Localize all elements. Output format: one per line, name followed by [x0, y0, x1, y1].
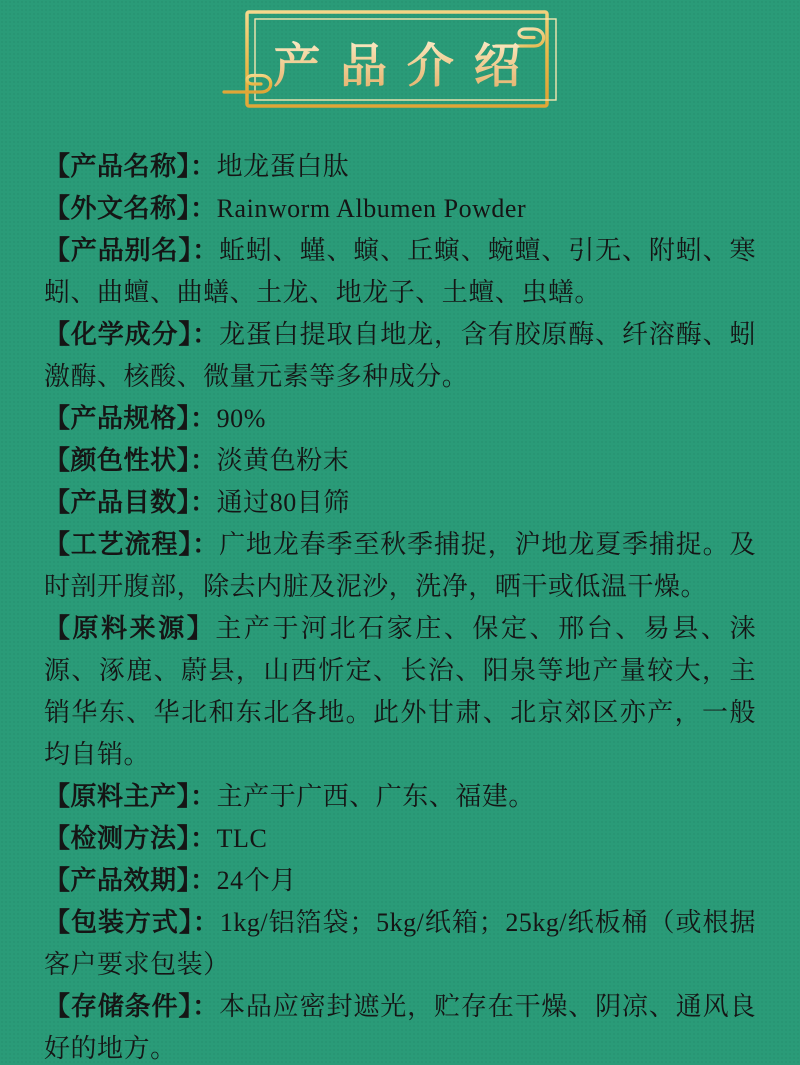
attr-separator: ：: [190, 782, 217, 811]
attr-row-color: 【颜色性状】：淡黄色粉末: [44, 440, 756, 482]
attr-separator: ：: [190, 194, 217, 223]
attr-row-packaging: 【包装方式】：1kg/铝箔袋；5kg/纸箱；25kg/纸板桶（或根据客户要求包装…: [44, 902, 756, 986]
attr-row-process: 【工艺流程】：广地龙春季至秋季捕捉，沪地龙夏季捕捉。及时剖开腹部，除去内脏及泥沙…: [44, 524, 756, 608]
attr-separator: ：: [190, 824, 217, 853]
attr-label: 【化学成分】: [44, 320, 192, 349]
attr-label: 【产品规格】: [44, 404, 190, 433]
attr-row-storage: 【存储条件】：本品应密封遮光，贮存在干燥、阴凉、通风良好的地方。: [44, 986, 756, 1065]
attr-separator: ：: [192, 992, 219, 1021]
attr-label: 【工艺流程】: [44, 530, 192, 559]
attr-label: 【产品别名】: [44, 236, 192, 265]
attr-label: 【外文名称】: [44, 194, 190, 223]
attr-row-mesh: 【产品目数】：通过80目筛: [44, 482, 756, 524]
attr-row-shelf-life: 【产品效期】：24个月: [44, 860, 756, 902]
attr-label: 【产品名称】: [44, 152, 190, 181]
attr-separator: ：: [190, 404, 217, 433]
attr-row-spec: 【产品规格】：90%: [44, 398, 756, 440]
attr-row-foreign-name: 【外文名称】：Rainworm Albumen Powder: [44, 188, 756, 230]
product-attribute-list: 【产品名称】：地龙蛋白肽 【外文名称】：Rainworm Albumen Pow…: [0, 112, 800, 1065]
attr-row-alias: 【产品别名】：蚯蚓、螼、螾、丘螾、蜿蟺、引无、附蚓、寒蚓、曲蟺、曲蟮、土龙、地龙…: [44, 230, 756, 314]
attr-row-product-name: 【产品名称】：地龙蛋白肽: [44, 146, 756, 188]
attr-value: 24个月: [217, 866, 297, 895]
attr-separator: ：: [192, 530, 219, 559]
attr-label: 【原料主产】: [44, 782, 190, 811]
attr-separator: ：: [190, 152, 217, 181]
attr-label: 【存储条件】: [44, 992, 192, 1021]
attr-label: 【原料来源】: [44, 614, 215, 643]
attr-label: 【颜色性状】: [44, 446, 190, 475]
attr-separator: ：: [193, 908, 220, 937]
product-intro-page: { "page": { "background_color": "#2a9b78…: [0, 0, 800, 1065]
attr-value: 通过80目筛: [217, 488, 350, 517]
attr-label: 【包装方式】: [44, 908, 193, 937]
attr-value: Rainworm Albumen Powder: [217, 194, 527, 223]
attr-row-chemical: 【化学成分】：龙蛋白提取自地龙，含有胶原酶、纤溶酶、蚓激酶、核酸、微量元素等多种…: [44, 314, 756, 398]
attr-value: 主产于广西、广东、福建。: [217, 782, 535, 811]
attr-value: TLC: [217, 824, 268, 853]
attr-separator: ：: [190, 866, 217, 895]
attr-row-test-method: 【检测方法】：TLC: [44, 818, 756, 860]
attr-value: 地龙蛋白肽: [217, 152, 350, 181]
attr-separator: ：: [190, 446, 217, 475]
page-title: 产品介绍: [247, 24, 547, 100]
attr-separator: ：: [192, 236, 219, 265]
attr-separator: ：: [190, 488, 217, 517]
attr-separator: ：: [192, 320, 219, 349]
attr-label: 【产品效期】: [44, 866, 190, 895]
title-box: 产品介绍: [220, 0, 580, 112]
attr-label: 【检测方法】: [44, 824, 190, 853]
attr-value: 90%: [217, 404, 266, 433]
attr-label: 【产品目数】: [44, 488, 190, 517]
attr-row-material-source: 【原料来源】主产于河北石家庄、保定、邢台、易县、涞源、涿鹿、蔚县，山西忻定、长治…: [44, 608, 756, 776]
attr-row-material-origin: 【原料主产】：主产于广西、广东、福建。: [44, 776, 756, 818]
attr-value: 淡黄色粉末: [217, 446, 350, 475]
